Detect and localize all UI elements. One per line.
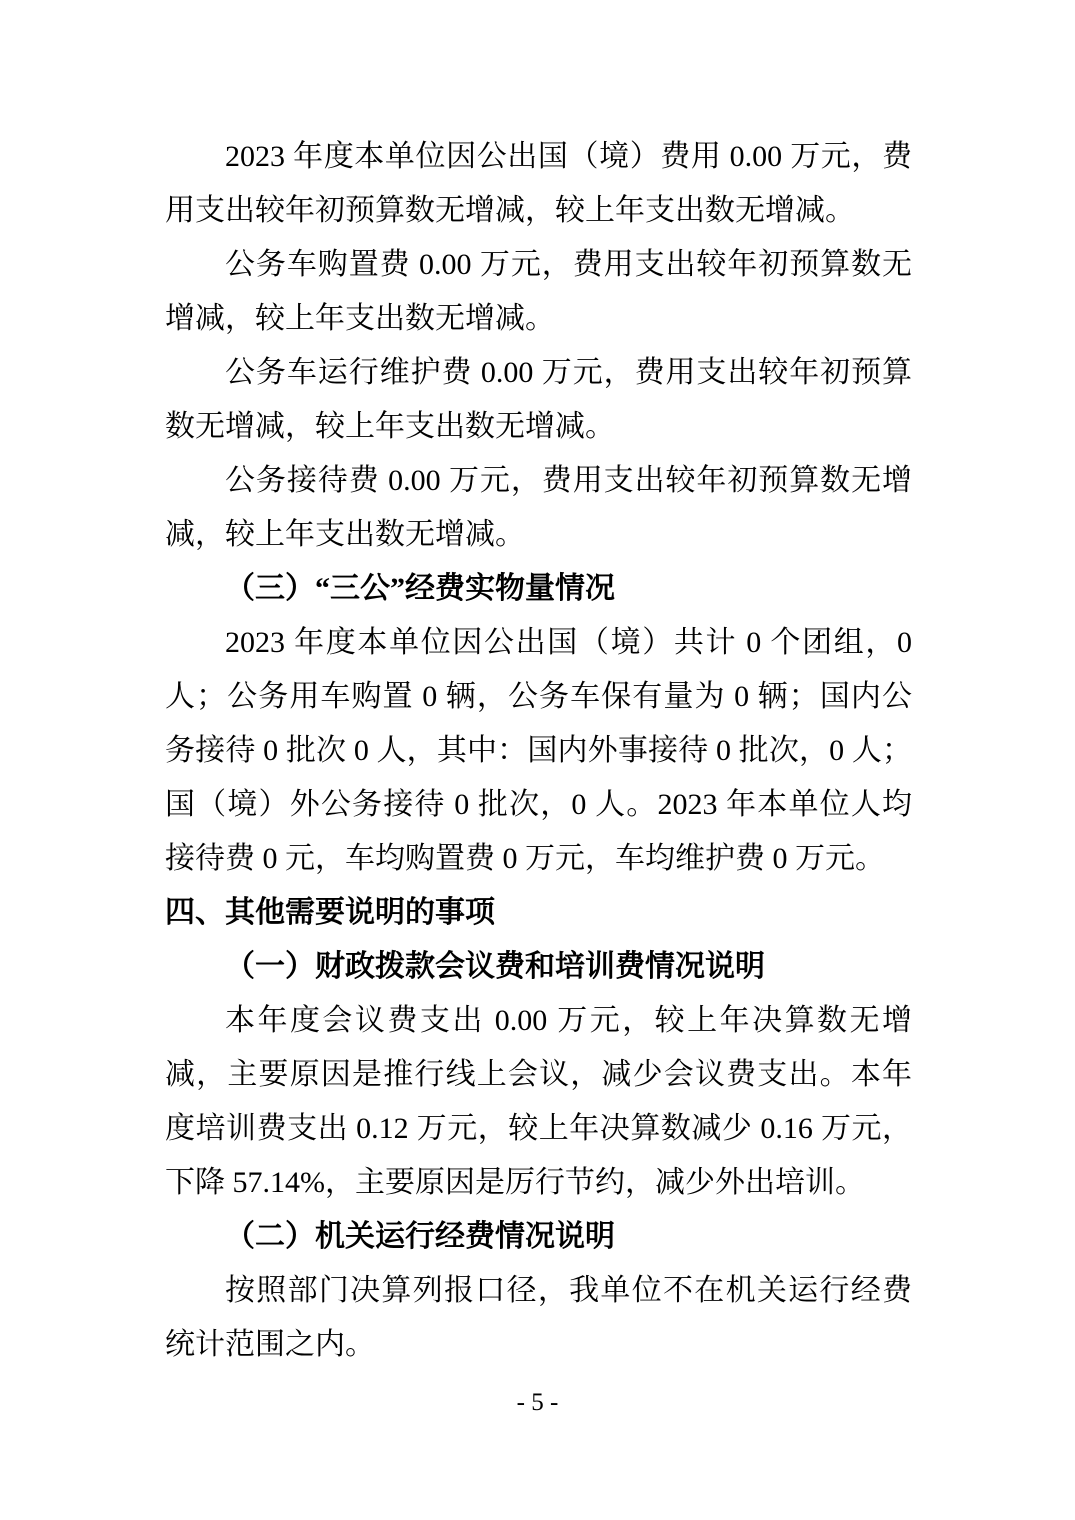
paragraph-operating-expense-detail: 按照部门决算列报口径，我单位不在机关运行经费统计范围之内。 [165,1264,912,1372]
paragraph-physical-quantity-detail: 2023 年度本单位因公出国（境）共计 0 个团组，0 人；公务用车购置 0 辆… [165,616,912,886]
chapter-heading-other-matters: 四、其他需要说明的事项 [165,886,912,940]
document-body: 2023 年度本单位因公出国（境）费用 0.00 万元，费用支出较年初预算数无增… [165,130,912,1372]
section-heading-meeting-training-fees: （一）财政拨款会议费和培训费情况说明 [165,940,912,994]
page-number: - 5 - [0,1388,1075,1418]
section-heading-operating-expense: （二）机关运行经费情况说明 [165,1210,912,1264]
paragraph-vehicle-purchase-expense: 公务车购置费 0.00 万元，费用支出较年初预算数无增减，较上年支出数无增减。 [165,238,912,346]
paragraph-overseas-expense: 2023 年度本单位因公出国（境）费用 0.00 万元，费用支出较年初预算数无增… [165,130,912,238]
section-heading-three-public-funds-physical: （三）“三公”经费实物量情况 [165,562,912,616]
paragraph-official-reception-expense: 公务接待费 0.00 万元，费用支出较年初预算数无增减，较上年支出数无增减。 [165,454,912,562]
paragraph-meeting-training-detail: 本年度会议费支出 0.00 万元，较上年决算数无增减，主要原因是推行线上会议，减… [165,994,912,1210]
paragraph-vehicle-maintenance-expense: 公务车运行维护费 0.00 万元，费用支出较年初预算数无增减，较上年支出数无增减… [165,346,912,454]
document-page: 2023 年度本单位因公出国（境）费用 0.00 万元，费用支出较年初预算数无增… [0,0,1075,1520]
